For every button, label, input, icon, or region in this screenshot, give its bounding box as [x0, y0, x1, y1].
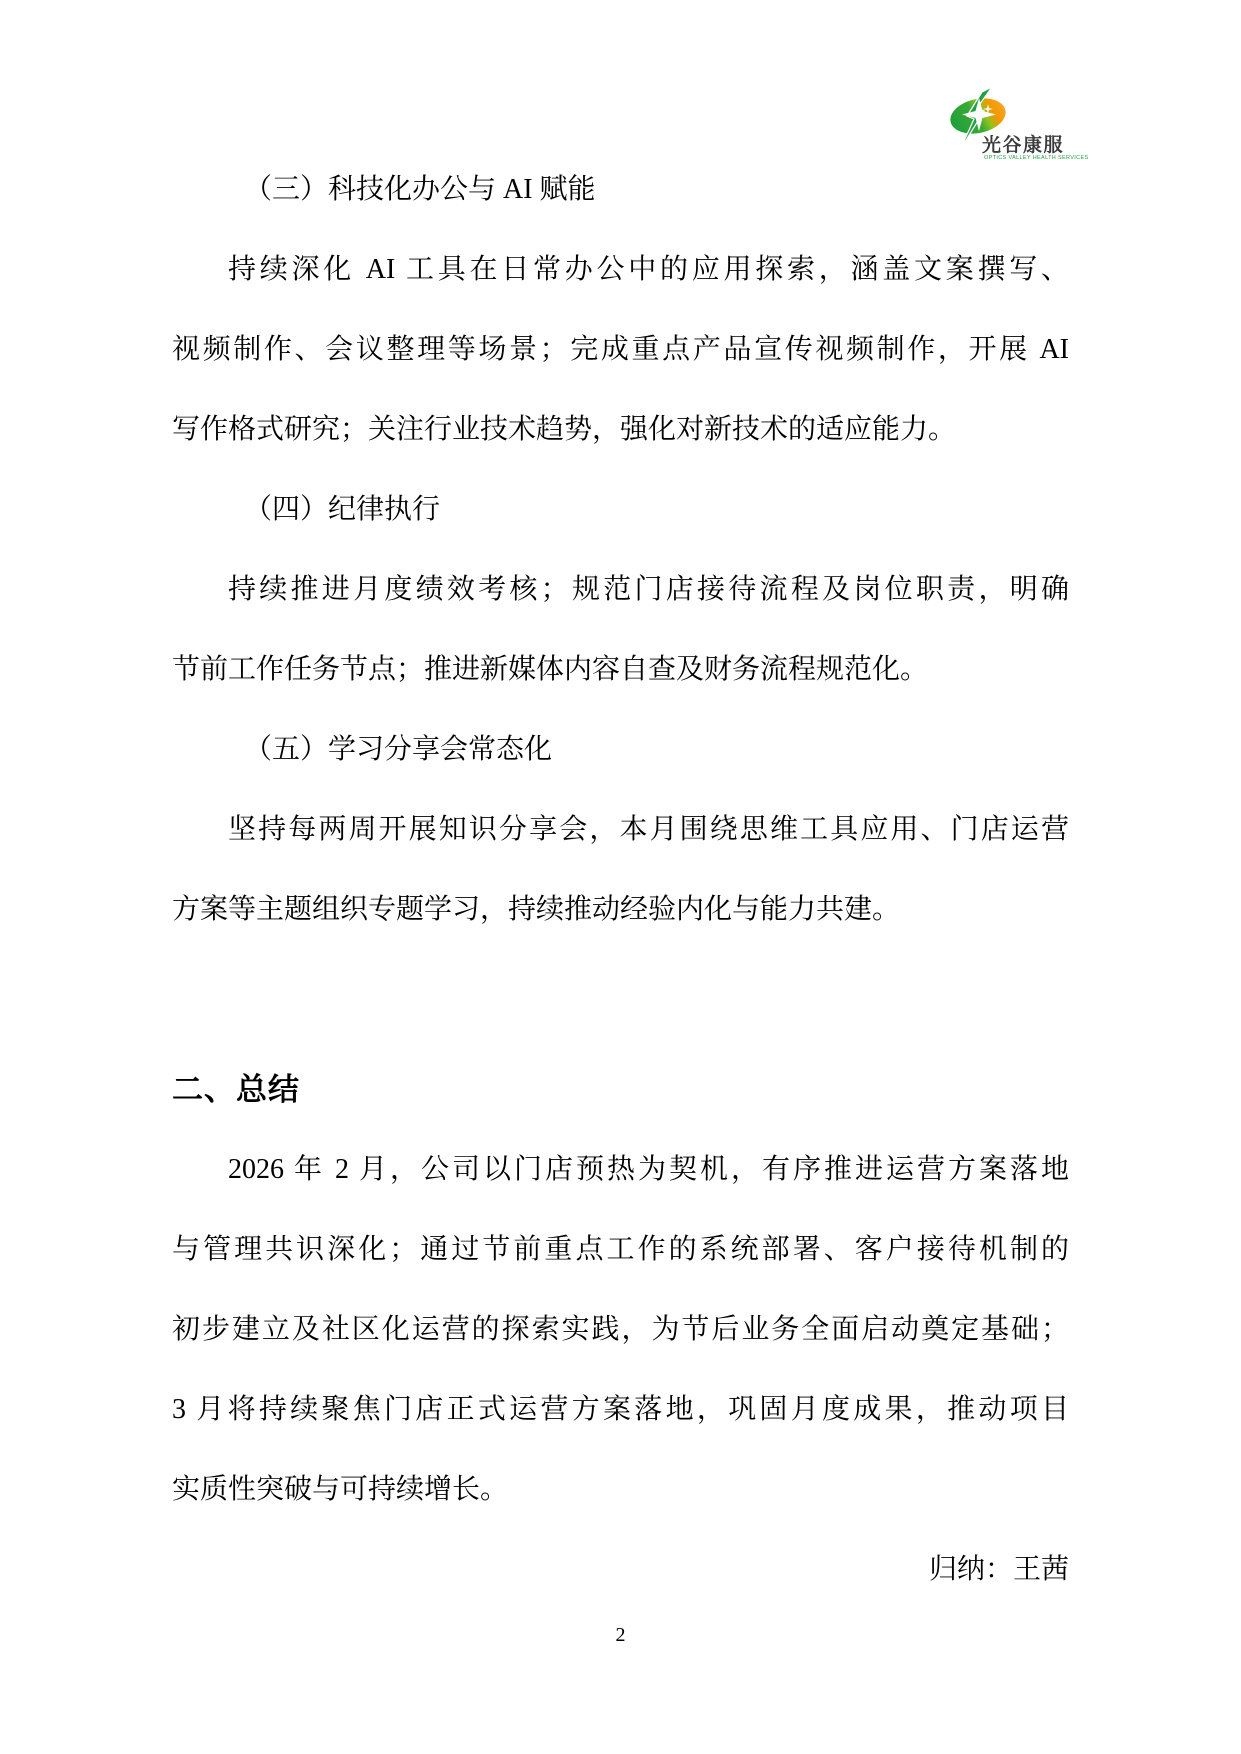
page-number: 2 [0, 1624, 1241, 1647]
document-page: 光谷康服 OPTICS VALLEY HEALTH SERVICES （三）科技… [0, 0, 1241, 1754]
paragraph-line: 节前工作任务节点；推进新媒体内容自查及财务流程规范化。 [172, 630, 1069, 710]
paragraph-line: 持续推进月度绩效考核；规范门店接待流程及岗位职责，明确 [172, 550, 1069, 630]
summary-heading: 二、总结 [172, 1050, 1069, 1130]
paragraph-line: 初步建立及社区化运营的探索实践，为节后业务全面启动奠定基础； [172, 1290, 1069, 1370]
section-heading-3: （三）科技化办公与 AI 赋能 [172, 150, 1069, 230]
signoff: 归纳：王茜 [172, 1530, 1069, 1610]
paragraph-line: 视频制作、会议整理等场景；完成重点产品宣传视频制作，开展 AI [172, 310, 1069, 390]
paragraph-line: 与管理共识深化；通过节前重点工作的系统部署、客户接待机制的 [172, 1210, 1069, 1290]
paragraph-line: 3 月将持续聚焦门店正式运营方案落地，巩固月度成果，推动项目 [172, 1370, 1069, 1450]
section-heading-5: （五）学习分享会常态化 [172, 710, 1069, 790]
document-content: （三）科技化办公与 AI 赋能 持续深化 AI 工具在日常办公中的应用探索，涵盖… [172, 150, 1069, 1610]
paragraph-line: 实质性突破与可持续增长。 [172, 1450, 1069, 1530]
paragraph-line: 方案等主题组织专题学习，持续推动经验内化与能力共建。 [172, 870, 1069, 950]
paragraph-line: 持续深化 AI 工具在日常办公中的应用探索，涵盖文案撰写、 [172, 230, 1069, 310]
section-heading-4: （四）纪律执行 [172, 470, 1069, 550]
paragraph-line: 写作格式研究；关注行业技术趋势，强化对新技术的适应能力。 [172, 390, 1069, 470]
paragraph-line: 坚持每两周开展知识分享会，本月围绕思维工具应用、门店运营 [172, 790, 1069, 870]
paragraph-line: 2026 年 2 月，公司以门店预热为契机，有序推进运营方案落地 [172, 1130, 1069, 1210]
